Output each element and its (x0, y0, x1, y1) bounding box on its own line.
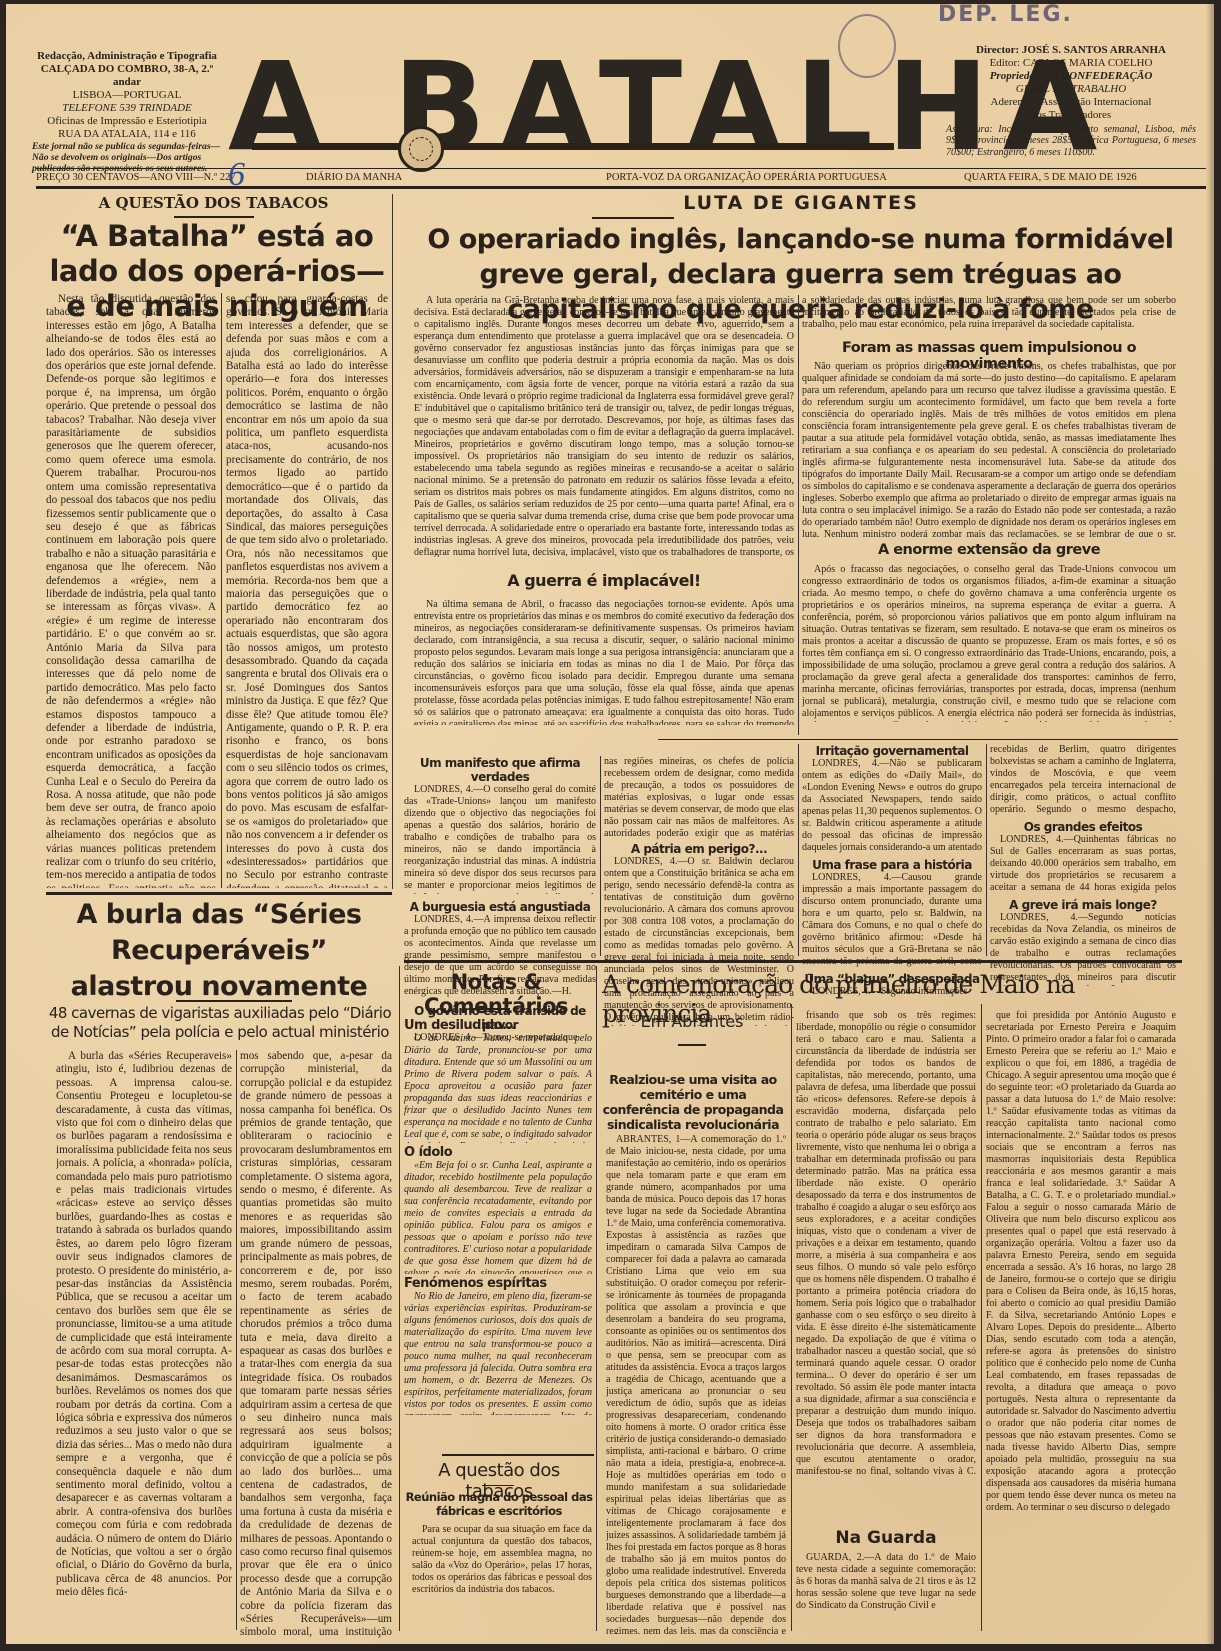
subhead-guerra: A guerra é implacável! (414, 571, 794, 590)
telegram-text: LONDRES, 4.—Quinhentas fábricas no Sul d… (990, 834, 1176, 894)
headline-underline (176, 1000, 292, 1002)
burla-column-1: A burla das «Séries Recuperaveis» atingi… (56, 1050, 232, 1638)
telegram-text: LONDRES, 4.—Causou grande impressão a ma… (802, 872, 982, 968)
newspaper-page: Redacção, Administração e Tipografia CAL… (6, 4, 1214, 1644)
abrantes-subhead: Realziou-se uma visita ao cemitério e um… (602, 1072, 784, 1132)
notas-section-title: Um desiludido... (404, 1018, 592, 1033)
guarda-text: GUARDA, 2.—A data do 1.º de Maio teve ne… (796, 1552, 976, 1612)
daily-label: DIÁRIO DA MANHA (306, 172, 402, 183)
masthead-address-block: Redacção, Administração e Tipografia CAL… (32, 50, 222, 174)
deposit-stamp: DEP. LEG. (938, 4, 1073, 27)
affiliation-line: dos Trabalhadores (946, 109, 1196, 122)
owner-line: GERAL DO TRABALHO (946, 83, 1196, 96)
tabacos2-subtitle: Reúnião magna do pessoal das fábricas e … (404, 1490, 594, 1518)
notas-section-text: No Rio de Janeiro, em pleno dia, fizeram… (404, 1291, 592, 1415)
notas-section-title: O ídolo (404, 1145, 592, 1160)
column-divider (596, 966, 597, 1631)
telegram-text: LONDRES, 4.—Não se publicaram ontem as e… (802, 758, 982, 854)
gigantes-body-extensao: Após o fracasso das negociações, o conse… (802, 564, 1176, 722)
column-divider (798, 295, 799, 735)
telegram-title: Os grandes efeitos (990, 820, 1176, 834)
title-underline (482, 1485, 514, 1486)
gigantes-body-left: A luta operária na Grã-Bretanha acaba de… (414, 295, 794, 557)
section-rule (658, 739, 1178, 740)
gigantes-body-right: a solidariedade das outras indústrias, n… (802, 295, 1176, 333)
telegram-text: recebidas de Berlim, quatro dirigentes b… (990, 744, 1176, 816)
tabacos-column-1: Nesta tão discutida questão dos tabacos,… (46, 293, 216, 888)
column-divider (221, 293, 222, 888)
motto: PORTA-VOZ DA ORGANIZAÇÃO OPERÁRIA PORTUG… (606, 172, 887, 183)
kicker-tabacos: A QUESTÃO DOS TABACOS (36, 194, 391, 212)
address-line: LISBOA—PORTUGAL (32, 89, 222, 102)
burla-column-2: mos sabendo que, a-pesar da corrupção mi… (240, 1050, 392, 1638)
title-underline (472, 1008, 510, 1010)
headline-burla: A burla das “Séries Recuperáveis” alastr… (46, 897, 392, 1005)
affiliation-line: Aderente à Associação Internacional (946, 96, 1196, 109)
library-stamp-icon (838, 14, 896, 78)
maio-column-4: que foi presidida por António Augusto e … (986, 1010, 1176, 1628)
kicker-underline (592, 217, 674, 219)
column-divider (392, 194, 393, 889)
subhead-burla: 48 cavernas de vigaristas auxiliadas pel… (46, 1004, 394, 1042)
masthead-rule-bottom (36, 186, 1206, 189)
column-divider (981, 1004, 982, 1631)
section-rule (46, 892, 392, 895)
notas-section-text: «Em Beja foi o sr. Cunha Leal, aspirante… (404, 1160, 592, 1274)
masthead-director-block: Director: JOSÉ S. SANTOS ARRANHA Editor:… (946, 44, 1196, 158)
column-divider (798, 744, 799, 956)
price-line: PREÇO 30 CENTAVOS—ANO VIII—N.º 227 (36, 172, 236, 183)
issue-date: QUARTA FEIRA, 5 DE MAIO DE 1926 (964, 172, 1137, 183)
tabacos-column-2: se criou para guarda-costas de govêrnos.… (226, 293, 388, 888)
gigantes-body-massas: Não queriam os próprios dirigentes das T… (802, 361, 1176, 537)
address-line: CALÇADA DO COMBRO, 38-A, 2.º andar (32, 63, 222, 89)
editor-line: Editor: CARLOS MARIA COELHO (946, 57, 1196, 70)
telegram-text: LONDRES, 4.—O conselho geral do comité d… (404, 784, 596, 894)
ornament-rule (442, 1454, 594, 1456)
telegram-title: A greve irá mais longe? (990, 898, 1176, 912)
notas-section-text: O dr. Jacinto Nunes, entrevistado pelo D… (404, 1033, 592, 1143)
telegram-title: Um manifesto que afirma verdades (404, 756, 596, 784)
masthead-underline (252, 143, 894, 150)
column-divider (791, 1004, 792, 1631)
address-line: RUA DA ATALAIA, 114 e 116 (32, 128, 222, 141)
section-rule (404, 960, 1182, 963)
telegram-text: nas regiões mineiras, os chefes de políc… (604, 756, 794, 840)
telegram-title: Irritação governamental (802, 744, 982, 758)
column-divider (399, 966, 400, 1631)
subhead-extensao: A enorme extensão da greve (802, 542, 1176, 558)
telegram-column-4: recebidas de Berlim, quatro dirigentes b… (990, 744, 1176, 986)
publication-note: Este jornal não se publica ás segundas-f… (32, 141, 222, 174)
emblem-icon (398, 126, 444, 172)
masthead-rule-top (36, 168, 1206, 169)
director-line: Director: JOSÉ S. SANTOS ARRANHA (946, 44, 1196, 57)
section-guarda: Na Guarda (796, 1528, 976, 1548)
telegram-title: A pátria em perigo?... (604, 842, 794, 856)
page-right-edge (1206, 4, 1214, 1644)
notas-title: Notas & Comentários (404, 970, 588, 1018)
title-underline (678, 1044, 706, 1046)
address-line: TELEFONE 539 TRINDADE (32, 102, 222, 115)
notas-body: Um desiludido... O dr. Jacinto Nunes, en… (404, 1018, 592, 1415)
telegram-title: Uma frase para a história (802, 858, 982, 872)
telegram-title: A burguesia está angustiada (404, 900, 596, 914)
tabacos2-text: Para se ocupar da sua situação em face d… (412, 1524, 592, 1596)
maio-column-3: frisando que sob os três regimes: liberd… (796, 1010, 976, 1478)
column-divider (600, 756, 601, 956)
kicker-gigantes: LUTA DE GIGANTES (396, 192, 1206, 214)
notas-section-title: Fenómenos espíritas (404, 1276, 592, 1291)
section-abrantes: Em Abrantes (602, 1012, 782, 1031)
address-line: Oficinas de Impressão e Esteriotipia (32, 115, 222, 128)
column-divider (236, 1050, 237, 1630)
subscription-info: Assinatura: Incluindo o suplemento seman… (946, 124, 1196, 158)
address-line: Redacção, Administração e Tipografia (32, 50, 222, 63)
gigantes-body-guerra: Na última semana de Abril, o fracasso da… (414, 599, 794, 725)
abrantes-text: ABRANTES, 1—A comemoração do 1.º de Maio… (606, 1134, 786, 1634)
column-divider (986, 744, 987, 956)
kicker-underline (174, 216, 254, 218)
owner-line: Propriedade da CONFEDERAÇÃO (946, 70, 1196, 83)
